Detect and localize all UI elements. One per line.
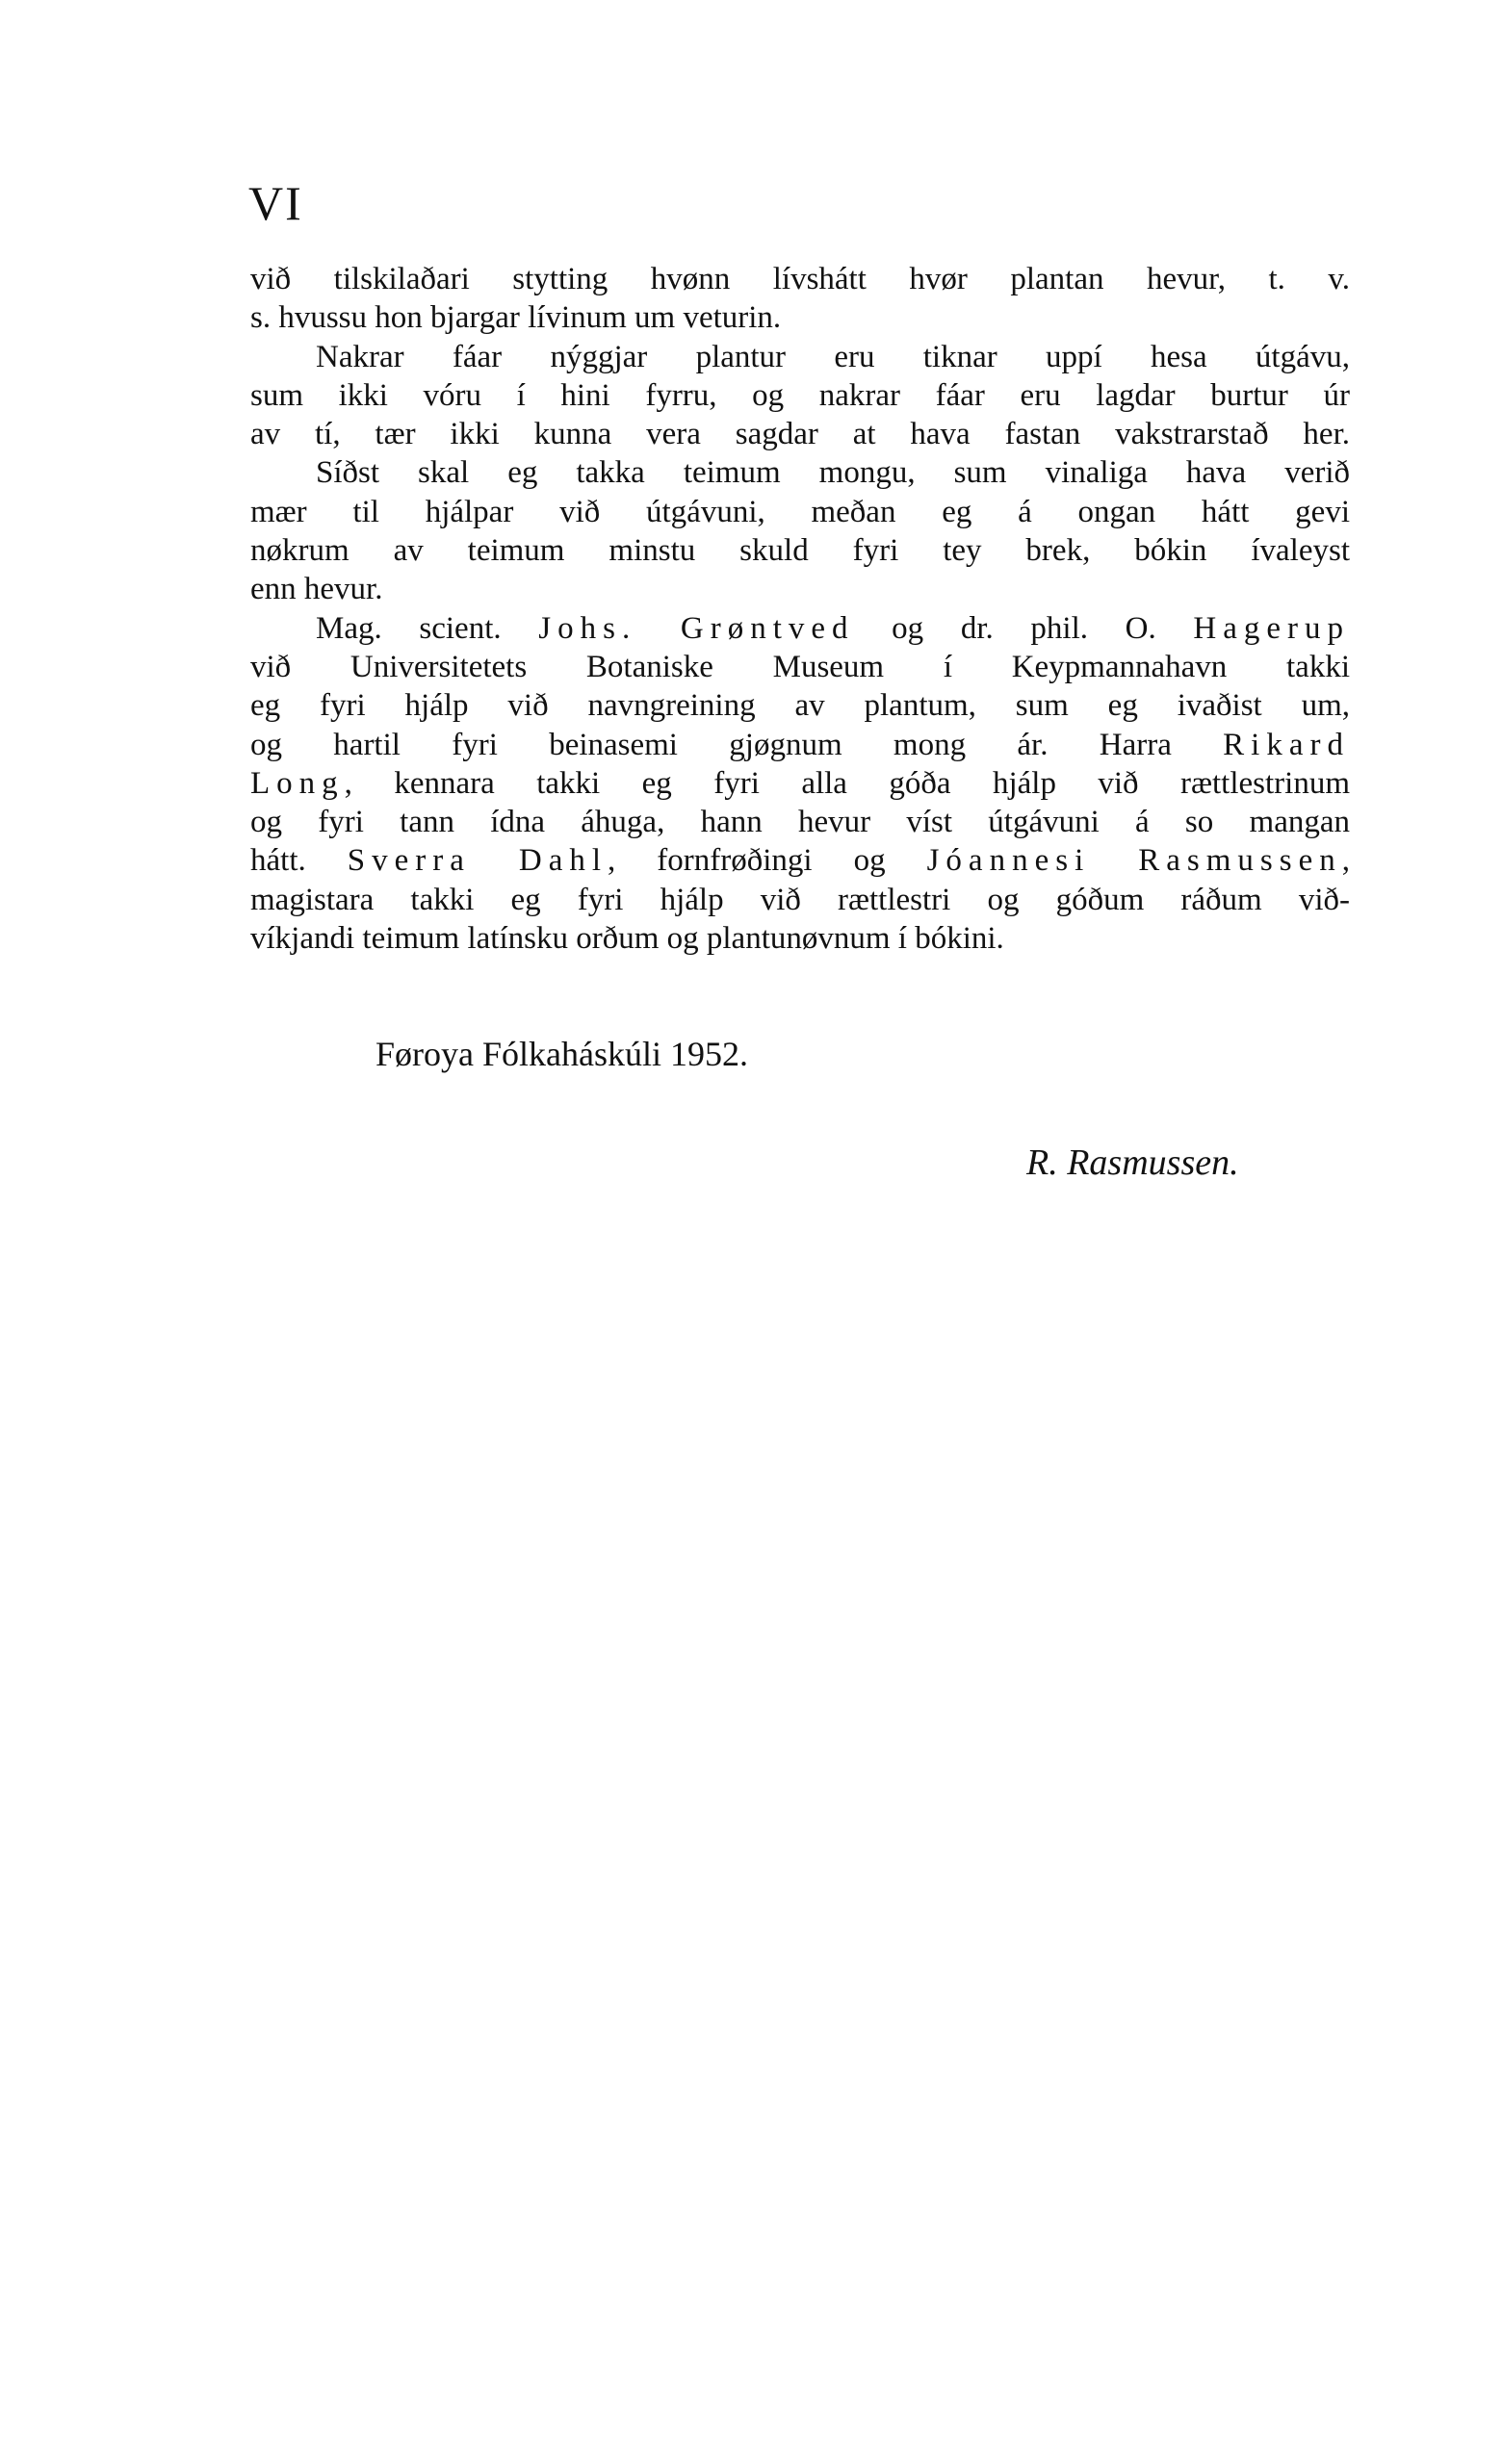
person-name: Hagerup: [1193, 611, 1350, 646]
text-run: , fornfrøðingi og: [608, 843, 927, 878]
text-line: Síðst skal eg takka teimum mongu, sum vi…: [250, 453, 1350, 492]
text-line: og fyri tann ídna áhuga, hann hevur víst…: [250, 803, 1350, 841]
signature: R. Rasmussen.: [1026, 1143, 1239, 1182]
text-run: ,: [1342, 843, 1350, 878]
text-run: , kennara takki eg fyri alla góða hjálp …: [345, 766, 1350, 801]
person-name: Rikard: [1223, 728, 1350, 762]
text-line: hátt. Sverra Dahl, fornfrøðingi og Jóann…: [250, 841, 1350, 880]
text-line: og hartil fyri beinasemi gjøgnum mong ár…: [250, 726, 1350, 764]
text-line: nøkrum av teimum minstu skuld fyri tey b…: [250, 531, 1350, 570]
text-line: við Universitetets Botaniske Museum í Ke…: [250, 648, 1350, 686]
text-line: av tí, tær ikki kunna vera sagdar at hav…: [250, 415, 1350, 453]
text-line: við tilskilaðari stytting hvønn lívshátt…: [250, 260, 1350, 298]
text-line: sum ikki vóru í hini fyrru, og nakrar fá…: [250, 376, 1350, 415]
place-date: Føroya Fólkaháskúli 1952.: [375, 1035, 748, 1073]
person-name: Sverra Dahl: [348, 843, 608, 878]
text-run: og hartil fyri beinasemi gjøgnum mong ár…: [250, 728, 1223, 762]
text-line: Nakrar fáar nýggjar plantur eru tiknar u…: [250, 338, 1350, 376]
body-text: við tilskilaðari stytting hvønn lívshátt…: [250, 260, 1350, 958]
person-name: Long: [250, 766, 345, 801]
text-run: Mag. scient.: [316, 611, 538, 646]
person-name: Jóannesi Rasmussen: [927, 843, 1342, 878]
text-run: hátt.: [250, 843, 348, 878]
text-line: Long, kennara takki eg fyri alla góða hj…: [250, 764, 1350, 803]
text-line: enn hevur.: [250, 570, 1350, 608]
page-number: VI: [248, 179, 303, 227]
text-line: mær til hjálpar við útgávuni, meðan eg á…: [250, 493, 1350, 531]
text-line: s. hvussu hon bjargar lívinum um veturin…: [250, 298, 1350, 337]
text-line: eg fyri hjálp við navngreining av plantu…: [250, 686, 1350, 725]
person-name: Johs. Grøntved: [538, 611, 854, 646]
text-line: magistara takki eg fyri hjálp við rættle…: [250, 881, 1350, 919]
text-run: og dr. phil. O.: [855, 611, 1194, 646]
text-line: Mag. scient. Johs. Grøntved og dr. phil.…: [250, 609, 1350, 648]
text-line: víkjandi teimum latínsku orðum og plantu…: [250, 919, 1350, 958]
